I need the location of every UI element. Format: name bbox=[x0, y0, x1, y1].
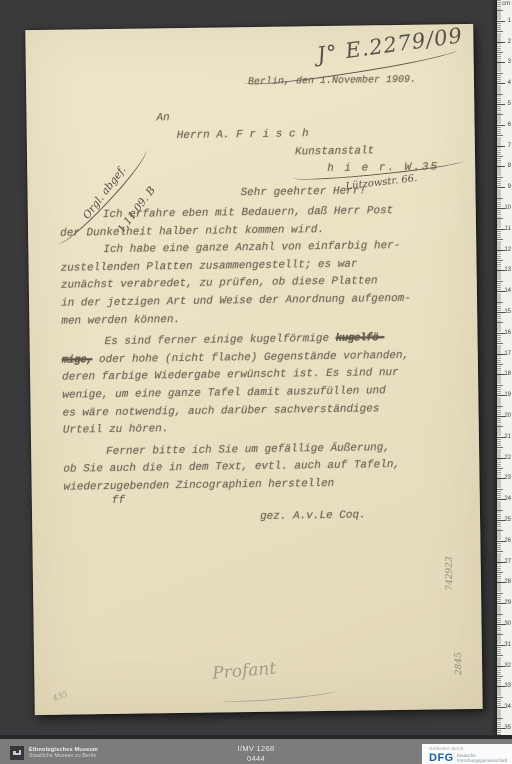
ruler: cm 1234567891011121314151617181920212223… bbox=[497, 0, 512, 736]
ruler-cm-label: 6 bbox=[508, 122, 511, 128]
ruler-cm-tick bbox=[497, 83, 505, 84]
ruler-cm-label: 20 bbox=[504, 413, 511, 419]
ruler-half-tick bbox=[497, 198, 503, 199]
ruler-half-tick bbox=[497, 322, 503, 323]
ruler-cm-label: 4 bbox=[508, 80, 511, 86]
address-an: An bbox=[156, 112, 169, 124]
ruler-cm-tick bbox=[497, 62, 505, 63]
ruler-mm-ticks bbox=[497, 0, 501, 736]
ruler-cm-label: 28 bbox=[504, 579, 511, 585]
ruler-half-tick bbox=[497, 385, 503, 386]
ruler-half-tick bbox=[497, 10, 503, 11]
pencil-vertical-number-a: 742923 bbox=[445, 556, 455, 590]
ruler-cm-tick bbox=[497, 146, 505, 147]
ruler-half-tick bbox=[497, 135, 503, 136]
ruler-half-tick bbox=[497, 52, 503, 53]
dfg-fullname: Deutsche Forschungsgemeinschaft bbox=[457, 753, 507, 763]
ruler-half-tick bbox=[497, 406, 503, 407]
ruler-cm-label: 11 bbox=[505, 226, 511, 232]
signature-typed: gez. A.v.Le Coq. bbox=[260, 509, 366, 522]
pencil-vertical-number-b: 2845 bbox=[454, 652, 464, 675]
ruler-cm-label: 31 bbox=[504, 642, 511, 648]
ruler-cm-label: 22 bbox=[504, 455, 511, 461]
ruler-cm-label: 3 bbox=[508, 59, 511, 65]
ruler-cm-tick bbox=[497, 187, 505, 188]
ruler-half-tick bbox=[497, 551, 503, 552]
ruler-cm-label: 29 bbox=[504, 600, 511, 606]
ruler-cm-label: 26 bbox=[504, 538, 511, 544]
ruler-cm-label: 15 bbox=[504, 309, 511, 315]
ruler-cm-label: 13 bbox=[504, 267, 511, 273]
ruler-cm-label: 23 bbox=[504, 475, 511, 481]
ruler-cm-label: 27 bbox=[504, 559, 511, 565]
ruler-half-tick bbox=[497, 676, 503, 677]
ruler-half-tick bbox=[497, 302, 503, 303]
letter-body: Ich erfahre eben mit Bedauern, daß Herr … bbox=[60, 202, 464, 497]
ruler-cm-label: 32 bbox=[504, 663, 511, 669]
ruler-cm-label: 24 bbox=[504, 496, 511, 502]
ruler-cm-label: 7 bbox=[508, 143, 511, 149]
ruler-cm-label: 9 bbox=[508, 184, 511, 190]
ruler-half-tick bbox=[497, 447, 503, 448]
ruler-half-tick bbox=[497, 114, 503, 115]
ruler-half-tick bbox=[497, 31, 503, 32]
ruler-cm-label: 21 bbox=[504, 434, 511, 440]
ruler-cm-label: 35 bbox=[504, 725, 511, 731]
ruler-unit-label: cm bbox=[502, 1, 510, 7]
ruler-cm-label: 12 bbox=[504, 247, 511, 253]
pencil-note-bottom: Profant bbox=[211, 659, 276, 684]
ruler-cm-label: 18 bbox=[504, 371, 511, 377]
ruler-cm-tick bbox=[497, 104, 505, 105]
ruler-half-tick bbox=[497, 426, 503, 427]
ruler-half-tick bbox=[497, 593, 503, 594]
closing-initials: ff bbox=[112, 495, 125, 507]
ruler-half-tick bbox=[497, 572, 503, 573]
ruler-cm-tick bbox=[497, 21, 505, 22]
dateline: Berlin, den 1.November 1909. bbox=[248, 75, 416, 88]
ruler-half-tick bbox=[497, 239, 503, 240]
ruler-cm-label: 34 bbox=[504, 704, 511, 710]
pencil-note-underline bbox=[220, 686, 338, 705]
ruler-cm-label: 19 bbox=[504, 392, 511, 398]
ruler-cm-label: 8 bbox=[508, 163, 511, 169]
dfg-acronym: DFG bbox=[429, 752, 454, 764]
ruler-cm-tick bbox=[497, 166, 505, 167]
ruler-half-tick bbox=[497, 697, 503, 698]
ruler-half-tick bbox=[497, 343, 503, 344]
salutation: Sehr geehrter Herr! bbox=[240, 185, 366, 199]
pencil-note-corner: 435 bbox=[52, 690, 69, 703]
address-org: Kunstanstalt bbox=[295, 145, 374, 158]
ruler-cm-label: 5 bbox=[508, 101, 511, 107]
ruler-half-tick bbox=[497, 510, 503, 511]
ruler-half-tick bbox=[497, 94, 503, 95]
dfg-funding-chip: Gefördert durch DFG Deutsche Forschungsg… bbox=[422, 744, 512, 764]
ruler-cm-label: 16 bbox=[504, 330, 511, 336]
ruler-cm-label: 1 bbox=[508, 18, 511, 24]
ruler-half-tick bbox=[497, 156, 503, 157]
ruler-half-tick bbox=[497, 655, 503, 656]
ruler-cm-label: 10 bbox=[504, 205, 511, 211]
scan-viewer: J° E.2279/09 Berlin, den 1.November 1909… bbox=[0, 0, 512, 764]
ruler-half-tick bbox=[497, 260, 503, 261]
footer-bar: Ethnologisches Museum Staatliche Museen … bbox=[0, 735, 512, 764]
ruler-half-tick bbox=[497, 177, 503, 178]
dfg-logo: DFG Deutsche Forschungsgemeinschaft bbox=[429, 752, 512, 764]
dfg-fullname-line2: Forschungsgemeinschaft bbox=[457, 758, 507, 763]
ruler-half-tick bbox=[497, 364, 503, 365]
funding-label: Gefördert durch bbox=[429, 746, 512, 751]
ruler-half-tick bbox=[497, 73, 503, 74]
ruler-cm-label: 30 bbox=[504, 621, 511, 627]
ruler-half-tick bbox=[497, 218, 503, 219]
ruler-half-tick bbox=[497, 530, 503, 531]
ruler-cm-label: 25 bbox=[504, 517, 511, 523]
ruler-half-tick bbox=[497, 489, 503, 490]
ruler-half-tick bbox=[497, 634, 503, 635]
ruler-half-tick bbox=[497, 281, 503, 282]
ruler-cm-tick bbox=[497, 125, 505, 126]
ruler-cm-label: 14 bbox=[504, 288, 511, 294]
ruler-half-tick bbox=[497, 468, 503, 469]
ruler-half-tick bbox=[497, 614, 503, 615]
ruler-cm-tick bbox=[497, 42, 505, 43]
letter-scan-page: J° E.2279/09 Berlin, den 1.November 1909… bbox=[25, 24, 483, 715]
ruler-half-tick bbox=[497, 718, 503, 719]
ruler-cm-label: 17 bbox=[504, 351, 511, 357]
address-name: Herrn A. F r i s c h bbox=[177, 128, 309, 142]
ruler-cm-label: 33 bbox=[504, 683, 511, 689]
ruler-cm-label: 2 bbox=[508, 39, 511, 45]
